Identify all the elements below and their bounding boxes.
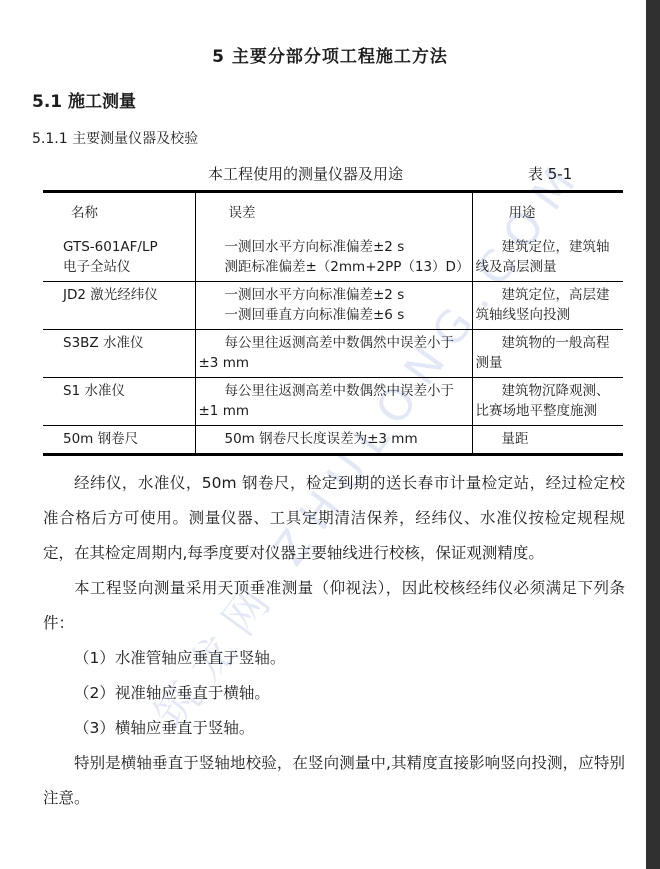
cell-use: 建筑物的一般高程 测量: [472, 329, 623, 377]
cell-name: JD2 激光经纬仪: [43, 281, 195, 329]
cell-line: 测距标准偏差±（2mm+2PP（13）D）: [199, 257, 469, 277]
cell-line: 建筑定位，高层建: [476, 285, 621, 305]
cell-line: 量距: [476, 429, 621, 449]
list-item-2: （2）视准轴应垂直于横轴。: [43, 676, 625, 711]
cell-error: 每公里往返测高差中数偶然中误差小于 ±1 mm: [195, 377, 472, 425]
cell-line: JD2 激光经纬仪: [63, 285, 192, 305]
page-title: 5 主要分部分项工程施工方法: [0, 42, 660, 67]
cell-name: GTS-601AF/LP 电子全站仪: [43, 234, 195, 282]
table-row: GTS-601AF/LP 电子全站仪 一测回水平方向标准偏差±2 s 测距标准偏…: [43, 234, 623, 282]
table-row: 50m 钢卷尺 50m 钢卷尺长度误差为±3 mm 量距: [43, 425, 623, 454]
cell-line: GTS-601AF/LP: [63, 237, 192, 257]
cell-use: 建筑物沉降观测、 比赛场地平整度施测: [472, 377, 623, 425]
cell-line: 建筑物的一般高程: [476, 333, 621, 353]
cell-line: 电子全站仪: [63, 257, 192, 277]
cell-use: 建筑定位，高层建 筑轴线竖向投测: [472, 281, 623, 329]
cell-line: 每公里往返测高差中数偶然中误差小于: [199, 381, 469, 401]
cell-line: 建筑定位，建筑轴: [476, 237, 621, 257]
cell-name: 50m 钢卷尺: [43, 425, 195, 454]
body-paragraph: 经纬仪，水准仪，50m 钢卷尺，检定到期的送长春市计量检定站，经过检定校准合格后…: [43, 466, 625, 571]
cell-line: ±3 mm: [199, 353, 469, 373]
body-text: 经纬仪，水准仪，50m 钢卷尺，检定到期的送长春市计量检定站，经过检定校准合格后…: [43, 466, 625, 816]
cell-error: 每公里往返测高差中数偶然中误差小于 ±3 mm: [195, 329, 472, 377]
cell-line: 每公里往返测高差中数偶然中误差小于: [199, 333, 469, 353]
list-item-1: （1）水准管轴应垂直于竖轴。: [43, 641, 625, 676]
cell-name: S1 水准仪: [43, 377, 195, 425]
instruments-table: 名称 误差 用途 GTS-601AF/LP 电子全站仪 一测回水平方向标准偏差±…: [43, 190, 623, 456]
cell-line: ±1 mm: [199, 401, 469, 421]
cell-line: 50m 钢卷尺: [63, 429, 192, 449]
cell-line: S1 水准仪: [63, 381, 192, 401]
cell-line: 比赛场地平整度施测: [476, 401, 621, 421]
cell-line: 一测回水平方向标准偏差±2 s: [199, 237, 469, 257]
header-use: 用途: [472, 192, 623, 234]
cell-line: 一测回水平方向标准偏差±2 s: [199, 285, 469, 305]
cell-line: 筑轴线竖向投测: [476, 305, 621, 325]
cell-error: 50m 钢卷尺长度误差为±3 mm: [195, 425, 472, 454]
header-error: 误差: [195, 192, 472, 234]
cell-error: 一测回水平方向标准偏差±2 s 测距标准偏差±（2mm+2PP（13）D）: [195, 234, 472, 282]
table-number-label: 表 5-1: [528, 163, 623, 184]
table-row: JD2 激光经纬仪 一测回水平方向标准偏差±2 s 一测回垂直方向标准偏差±6 …: [43, 281, 623, 329]
cell-line: 线及高层测量: [476, 257, 621, 277]
header-name: 名称: [43, 192, 195, 234]
table-caption: 本工程使用的测量仪器及用途: [43, 163, 528, 184]
cell-use: 量距: [472, 425, 623, 454]
list-item-3: （3）横轴应垂直于竖轴。: [43, 711, 625, 746]
document-page: 5 主要分部分项工程施工方法 5.1 施工测量 5.1.1 主要测量仪器及校验 …: [0, 0, 660, 869]
cell-error: 一测回水平方向标准偏差±2 s 一测回垂直方向标准偏差±6 s: [195, 281, 472, 329]
cell-use: 建筑定位，建筑轴 线及高层测量: [472, 234, 623, 282]
table-row: S3BZ 水准仪 每公里往返测高差中数偶然中误差小于 ±3 mm 建筑物的一般高…: [43, 329, 623, 377]
body-paragraph: 本工程竖向测量采用天顶垂准测量（仰视法），因此校核经纬仪必须满足下列条件：: [43, 571, 625, 641]
page-edge-strip: [646, 0, 660, 869]
table-header-row: 名称 误差 用途: [43, 192, 623, 234]
section-heading: 5.1 施工测量: [32, 87, 660, 112]
cell-line: 建筑物沉降观测、: [476, 381, 621, 401]
cell-line: 一测回垂直方向标准偏差±6 s: [199, 305, 469, 325]
table-row: S1 水准仪 每公里往返测高差中数偶然中误差小于 ±1 mm 建筑物沉降观测、 …: [43, 377, 623, 425]
cell-line: 测量: [476, 353, 621, 373]
table-caption-row: 本工程使用的测量仪器及用途 表 5-1: [43, 163, 623, 184]
cell-line: 50m 钢卷尺长度误差为±3 mm: [199, 429, 469, 449]
cell-name: S3BZ 水准仪: [43, 329, 195, 377]
cell-line: S3BZ 水准仪: [63, 333, 192, 353]
subsection-heading: 5.1.1 主要测量仪器及校验: [32, 128, 660, 148]
body-paragraph: 特别是横轴垂直于竖轴地校验，在竖向测量中,其精度直接影响竖向投测，应特别注意。: [43, 746, 625, 816]
